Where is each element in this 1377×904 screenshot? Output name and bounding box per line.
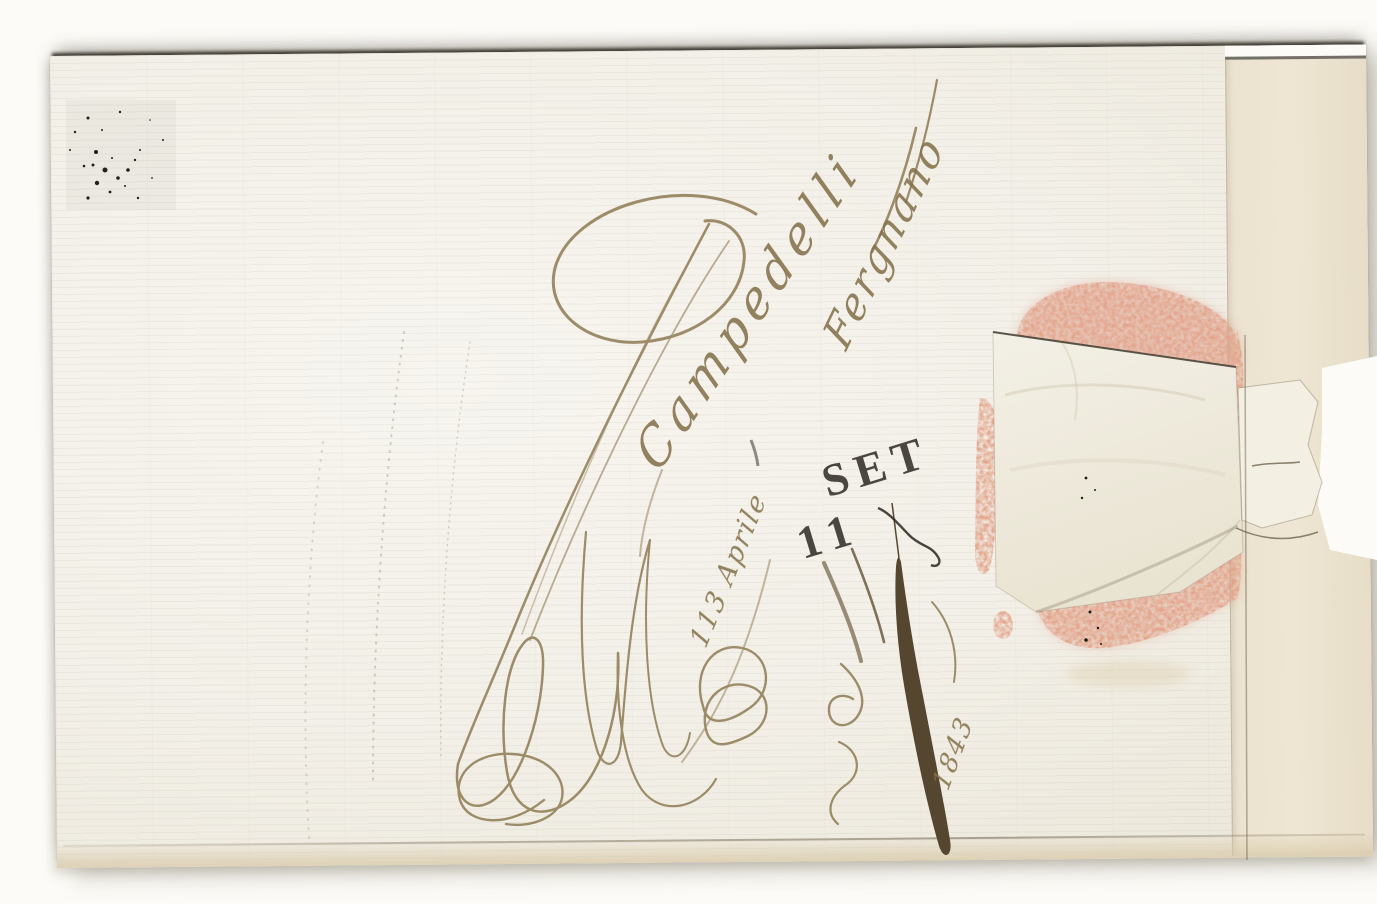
fold-flap-right — [1225, 56, 1373, 856]
flap-top-gap — [1225, 45, 1366, 60]
bottom-edge-band — [57, 832, 1373, 867]
letter-sheet — [50, 45, 1373, 868]
scanned-letter-photo: SET 11 Fergnano Campedelli 113 Aprile 18… — [0, 0, 1377, 904]
